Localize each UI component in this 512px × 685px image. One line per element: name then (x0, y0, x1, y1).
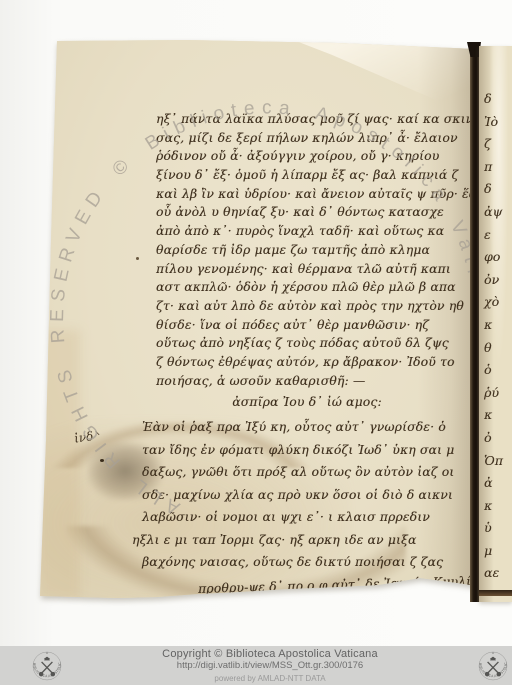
manuscript-line-fragment: φο (484, 246, 503, 269)
svg-text:ALL RIGHTS RESERVED © Bibliote: ALL RIGHTS RESERVED © Biblioteca Apostol… (47, 97, 478, 518)
footer-bar: BIBLIOTECA APOSTOLICA VATICANA Copyright… (0, 646, 512, 685)
manuscript-line-fragment: κ (484, 495, 503, 518)
vatican-library-emblem-icon: BIBLIOTECA APOSTOLICA VATICANA (29, 648, 65, 684)
vatican-library-emblem-icon: BIBLIOTECA APOSTOLICA VATICANA (475, 648, 511, 684)
copyright-watermark: ALL RIGHTS RESERVED © Biblioteca Apostol… (38, 40, 478, 602)
tiara-and-keys-icon (485, 652, 500, 676)
manuscript-line-fragment: ῥύ (484, 382, 503, 405)
manuscript-line-fragment: θ (484, 337, 503, 360)
emblem-ring-text: BIBLIOTECA APOSTOLICA VATICANA (475, 648, 508, 678)
tiara-and-keys-icon (39, 652, 54, 676)
manuscript-line-fragment: κ (484, 404, 503, 427)
manuscript-line-fragment: δ (484, 178, 503, 201)
svg-text:BIBLIOTECA APOSTOLICA VATICANA: BIBLIOTECA APOSTOLICA VATICANA (29, 648, 62, 678)
footer-text: Copyright © Biblioteca Apostolica Vatica… (65, 648, 475, 684)
footer-copyright: Copyright © Biblioteca Apostolica Vatica… (65, 648, 475, 661)
manuscript-line-fragment: αε (484, 562, 503, 585)
manuscript-line-fragment: π (484, 156, 503, 179)
manuscript-line-fragment: Ὁπ (484, 450, 503, 473)
manuscript-line-fragment: ὀν (484, 269, 503, 292)
manuscript-line-fragment: ὀ (484, 427, 503, 450)
manuscript-line-fragment: Ἰὸ (484, 111, 503, 134)
manuscript-line-fragment: ὑ (484, 517, 503, 540)
manuscript-line-fragment: ὁ (484, 359, 503, 382)
manuscript-line-fragment: χὸ (484, 291, 503, 314)
emblem-ring-text: BIBLIOTECA APOSTOLICA VATICANA (29, 648, 62, 678)
watermark-text: ALL RIGHTS RESERVED © Biblioteca Apostol… (47, 97, 478, 518)
manuscript-line-fragment: κ (484, 314, 503, 337)
right-page-bottom-edge (479, 590, 512, 596)
left-page-shadow: ηξ᾽ πάντα λαϊκα πλύσας μοῦ ζί ψας· καί κ… (38, 40, 478, 602)
right-page-text-fragments: δἸὸζπδἀψεφοὀνχὸκθὁῥύκὀὉπἀκὑμαε (484, 88, 503, 585)
manuscript-line-fragment: δ (484, 88, 503, 111)
book-gutter (470, 42, 479, 602)
manuscript-line-fragment: ἀ (484, 472, 503, 495)
manuscript-line-fragment: ζ (484, 133, 503, 156)
manuscript-scan-view: ηξ᾽ πάντα λαϊκα πλύσας μοῦ ζί ψας· καί κ… (0, 0, 512, 685)
manuscript-line-fragment: ε (484, 224, 503, 247)
footer-url: http://digi.vatlib.it/view/MSS_Ott.gr.30… (65, 661, 475, 672)
right-page-shadow: δἸὸζπδἀψεφοὀνχὸκθὁῥύκὀὉπἀκὑμαε (479, 46, 512, 602)
manuscript-left-page: ηξ᾽ πάντα λαϊκα πλύσας μοῦ ζί ψας· καί κ… (38, 40, 478, 602)
footer-powered-by: powered by AMLAD-NTT DATA (65, 674, 475, 683)
manuscript-line-fragment: ἀψ (484, 201, 503, 224)
svg-text:BIBLIOTECA APOSTOLICA VATICANA: BIBLIOTECA APOSTOLICA VATICANA (475, 648, 508, 678)
manuscript-right-page: δἸὸζπδἀψεφοὀνχὸκθὁῥύκὀὉπἀκὑμαε (479, 46, 512, 602)
manuscript-line-fragment: μ (484, 540, 503, 563)
